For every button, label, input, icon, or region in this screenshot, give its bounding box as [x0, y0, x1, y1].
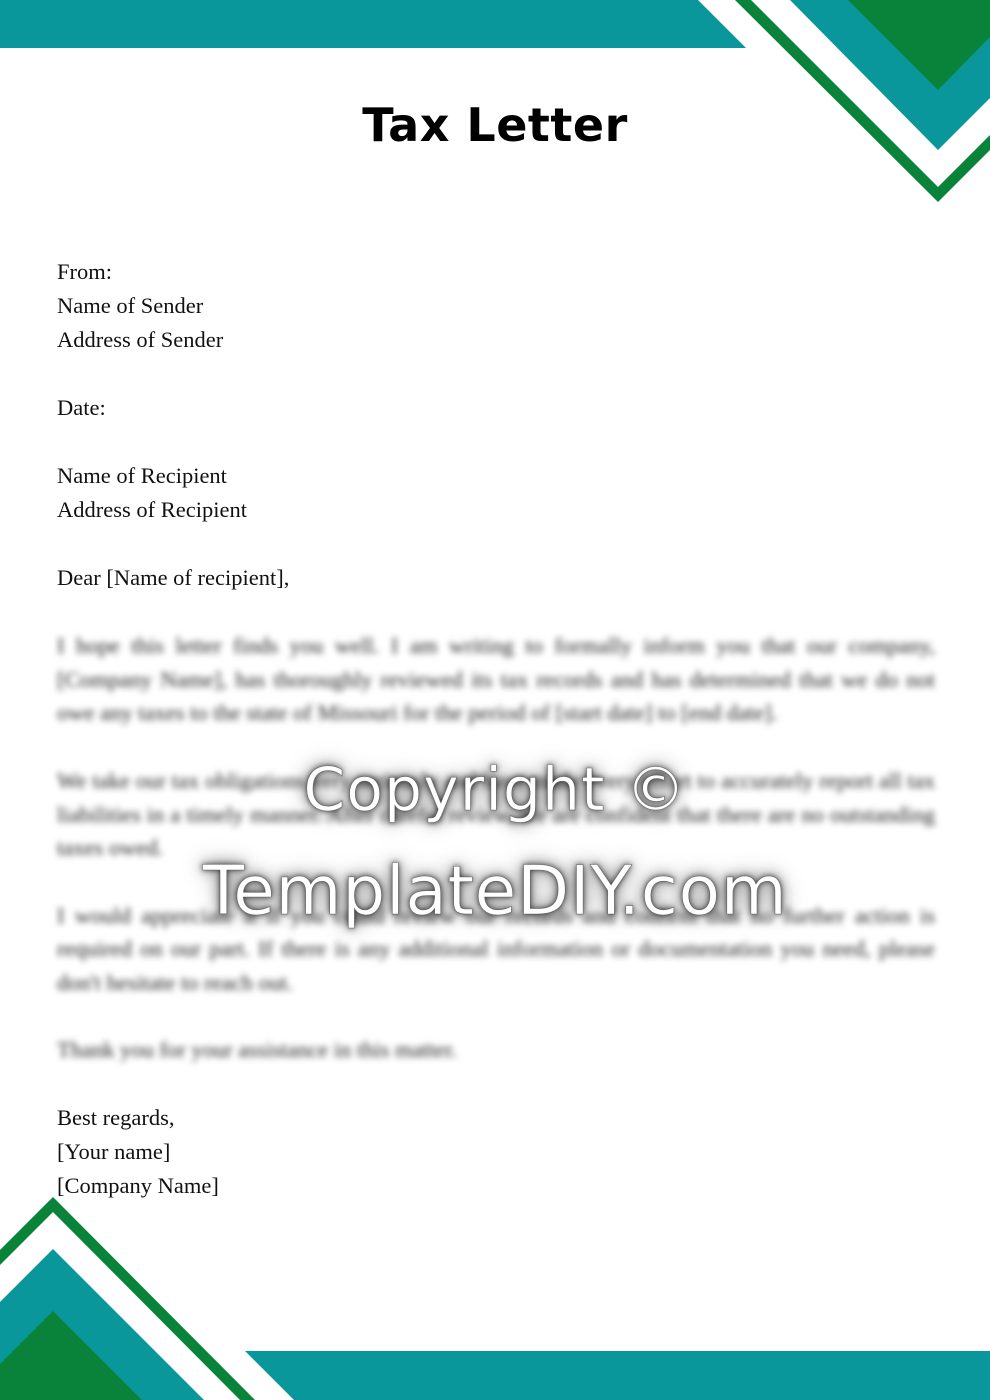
bottom-teal-chevron [0, 1249, 204, 1400]
watermark-copyright: Copyright © [0, 755, 990, 825]
bottom-green-chevron-line [0, 1197, 255, 1400]
top-green-triangle [848, 0, 990, 90]
top-teal-band [0, 0, 746, 48]
recipient-address: Address of Recipient [57, 493, 935, 527]
bottom-teal-band [245, 1351, 990, 1400]
date-label: Date: [57, 391, 935, 425]
watermark-site: TemplateDIY.com [0, 852, 990, 931]
sender-name: Name of Sender [57, 289, 935, 323]
closing: Best regards, [57, 1101, 935, 1135]
sender-address: Address of Sender [57, 323, 935, 357]
body-paragraph-1: I hope this letter finds you well. I am … [57, 629, 935, 730]
bottom-green-triangle [0, 1311, 142, 1400]
document-title: Tax Letter [0, 98, 990, 152]
signature-name: [Your name] [57, 1135, 935, 1169]
from-label: From: [57, 255, 935, 289]
signature-company: [Company Name] [57, 1169, 935, 1203]
salutation: Dear [Name of recipient], [57, 561, 935, 595]
body-paragraph-4: Thank you for your assistance in this ma… [57, 1033, 935, 1067]
recipient-name: Name of Recipient [57, 459, 935, 493]
letter-body: From: Name of Sender Address of Sender D… [57, 255, 935, 1203]
blurred-body: I hope this letter finds you well. I am … [57, 629, 935, 1067]
